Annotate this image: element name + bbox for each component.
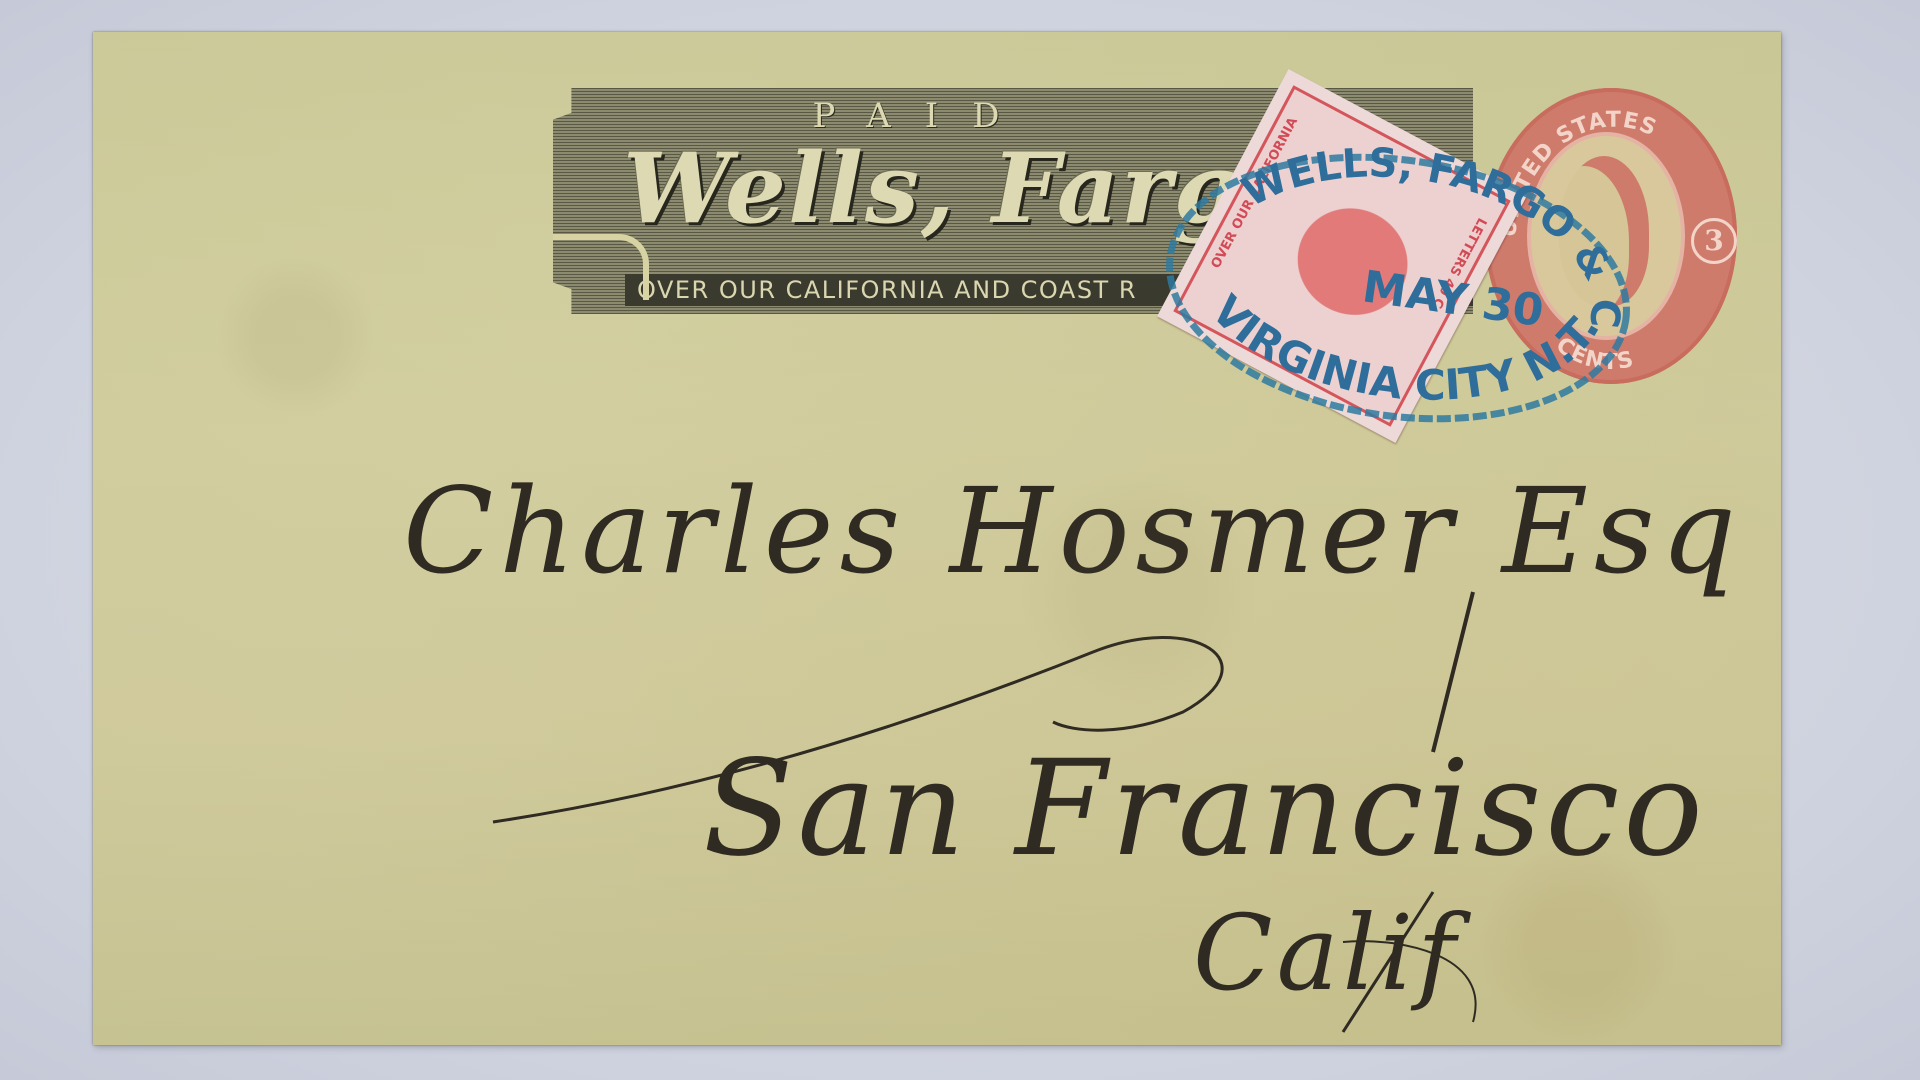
frank-scroll-ornament: [553, 234, 649, 300]
frank-slogan: OVER OUR CALIFORNIA AND COAST R: [637, 276, 1137, 304]
address-state: Calif: [1193, 892, 1460, 1014]
embossed-value: 3: [1691, 218, 1737, 264]
envelope: PAID Wells, Fargo & Co. OVER OUR CALIFOR…: [93, 32, 1781, 1045]
address-city: San Francisco: [703, 732, 1707, 886]
postmark-date: MAY 30: [1359, 261, 1546, 337]
address-name: Charles Hosmer Esq: [403, 462, 1742, 600]
frank-paid-label: PAID: [793, 96, 1053, 136]
